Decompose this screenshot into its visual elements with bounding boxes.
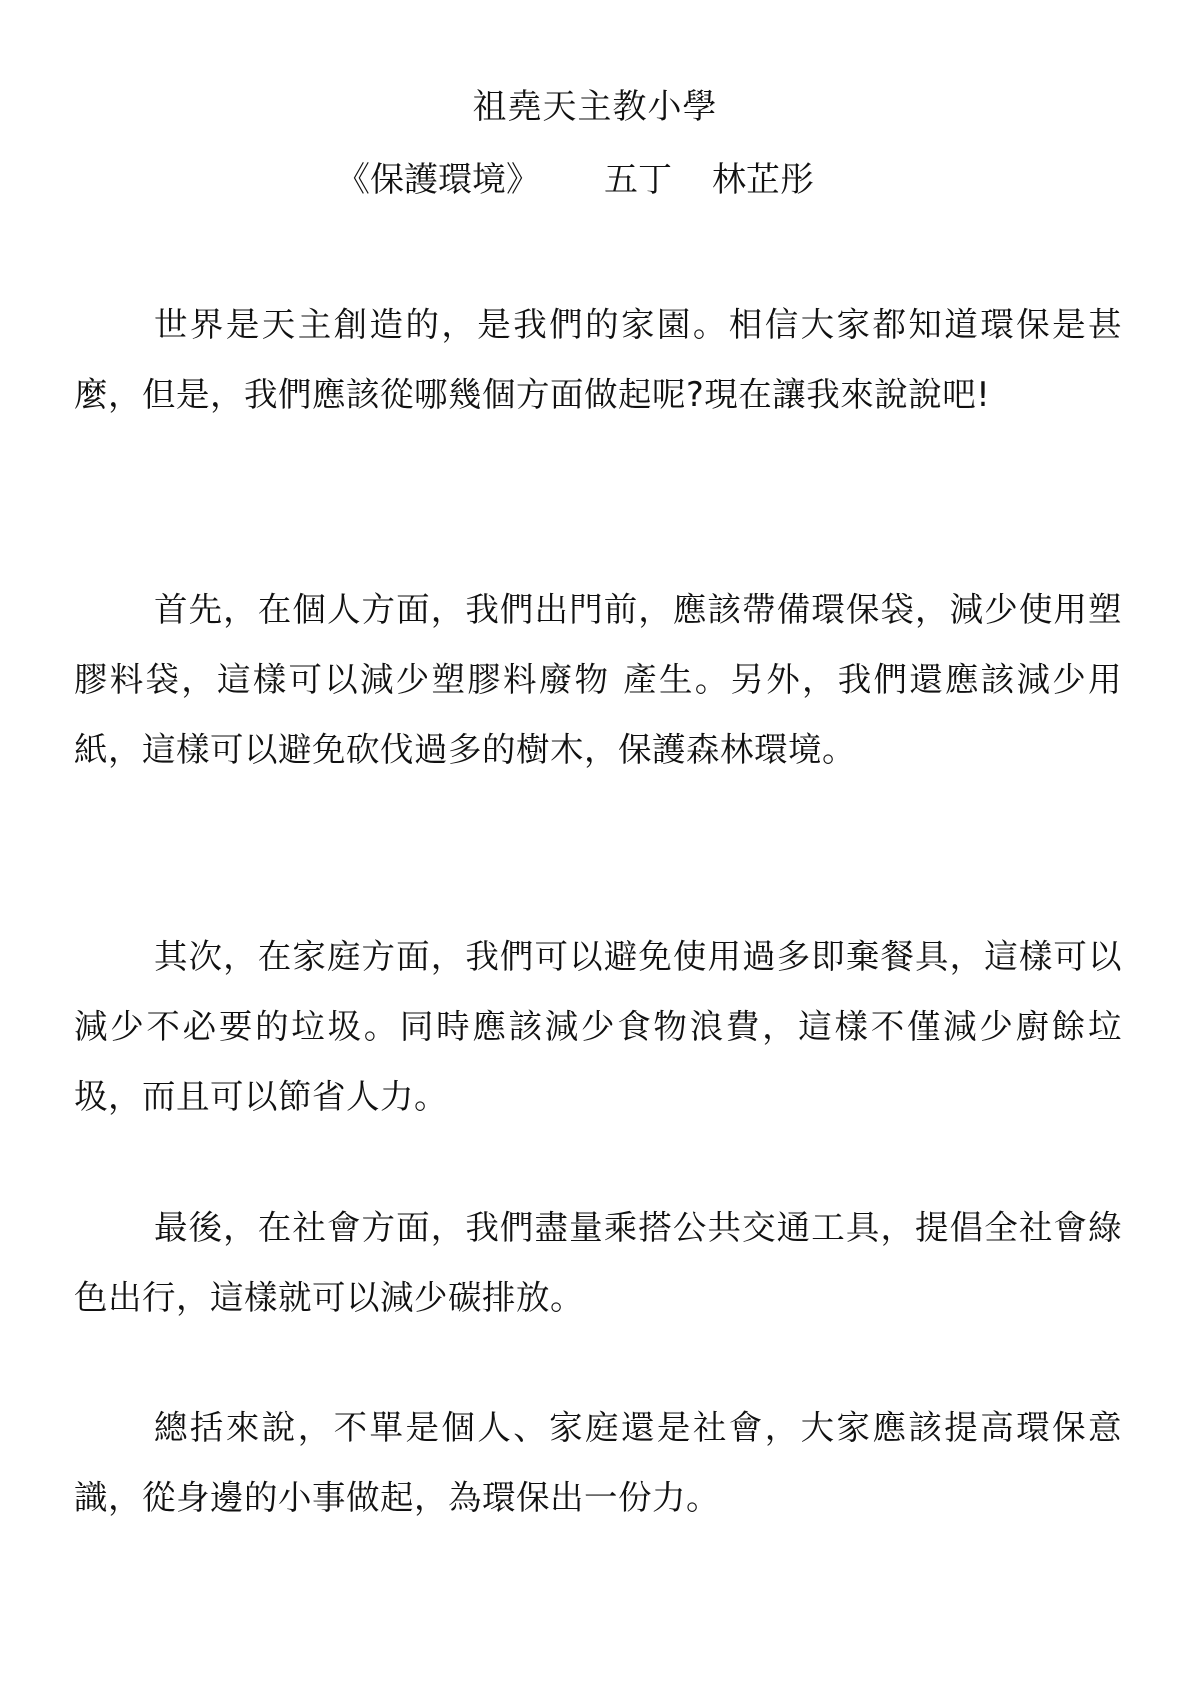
author-name: 林芷彤	[712, 155, 814, 205]
document-page: 祖堯天主教小學 《保護環境》五丁林芷彤 世界是天主創造的，是我們的家園。相信大家…	[0, 0, 1190, 1683]
paragraph-personal: 首先，在個人方面，我們出門前，應該帶備環保袋，減少使用塑膠料袋，這樣可以減少塑膠…	[74, 575, 1122, 785]
essay-heading: 《保護環境》五丁林芷彤	[336, 155, 814, 205]
essay-title: 《保護環境》	[336, 155, 540, 205]
class-name: 五丁	[604, 155, 672, 205]
school-name: 祖堯天主教小學	[0, 82, 1190, 132]
paragraph-conclusion: 總括來說，不單是個人、家庭還是社會，大家應該提高環保意識，從身邊的小事做起，為環…	[74, 1393, 1122, 1533]
paragraph-intro: 世界是天主創造的，是我們的家園。相信大家都知道環保是甚麼，但是，我們應該從哪幾個…	[74, 290, 1122, 430]
paragraph-family: 其次，在家庭方面，我們可以避免使用過多即棄餐具，這樣可以減少不必要的垃圾。同時應…	[74, 922, 1122, 1132]
paragraph-society: 最後，在社會方面，我們盡量乘搭公共交通工具，提倡全社會綠色出行，這樣就可以減少碳…	[74, 1193, 1122, 1333]
